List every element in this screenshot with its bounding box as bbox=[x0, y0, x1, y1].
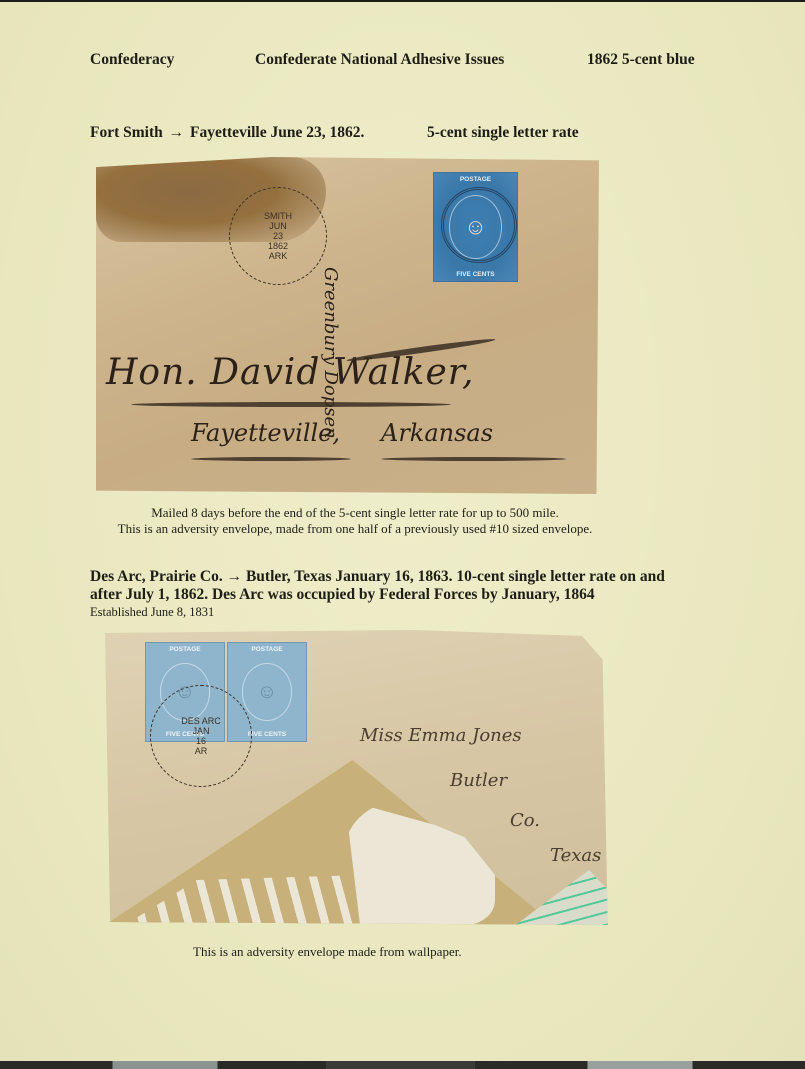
envelope-fort-smith: SMITH JUN 23 1862 ARK POSTAGE ☺ FIVE CEN… bbox=[96, 157, 599, 494]
item1-caption-line2: This is an adversity envelope, made from… bbox=[90, 521, 620, 537]
item2-title-line2: after July 1, 1862. Des Arc was occupied… bbox=[90, 586, 595, 604]
item1-destination-date: Fayetteville June 23, 1862. bbox=[190, 124, 364, 141]
address-line4: Texas bbox=[550, 845, 601, 866]
header-center-series: Confederate National Adhesive Issues bbox=[255, 51, 504, 69]
header-left-collection: Confederacy bbox=[90, 51, 174, 69]
postmark-month: JAN bbox=[192, 726, 209, 736]
envelope-des-arc-wallpaper: POSTAGE ☺ FIVE CENTS POSTAGE ☺ FIVE CENT… bbox=[105, 630, 618, 925]
postmark-year: 1862 bbox=[268, 241, 288, 251]
flourish-underline-city bbox=[191, 457, 351, 461]
stamp-bottom-label: FIVE CENTS bbox=[248, 731, 286, 738]
address-line1: Miss Emma Jones bbox=[360, 725, 522, 746]
item2-caption: This is an adversity envelope made from … bbox=[193, 944, 462, 960]
flourish-underline-state bbox=[381, 457, 566, 461]
exhibit-page: Confederacy Confederate National Adhesiv… bbox=[0, 2, 805, 1061]
item1-caption: Mailed 8 days before the end of the 5-ce… bbox=[90, 505, 620, 537]
header-right-issue: 1862 5-cent blue bbox=[587, 51, 695, 69]
item1-origin: Fort Smith bbox=[90, 124, 163, 141]
item1-route-title: Fort Smith → Fayetteville June 23, 1862. bbox=[90, 124, 364, 142]
arrow-right-icon: → bbox=[169, 124, 185, 142]
stamp-top-label: POSTAGE bbox=[460, 176, 491, 183]
item1-rate: 5-cent single letter rate bbox=[427, 124, 579, 142]
postmark-day: 16 bbox=[196, 736, 206, 746]
postmark-town: DES ARC bbox=[181, 716, 221, 726]
postmark-des-arc: DES ARC JAN 16 AR bbox=[150, 685, 252, 787]
stamp-top-label: POSTAGE bbox=[169, 646, 200, 653]
stamp-top-label: POSTAGE bbox=[251, 646, 282, 653]
jefferson-davis-portrait-icon: ☺ bbox=[242, 663, 292, 720]
item2-title-line1: Des Arc, Prairie Co. → Butler, Texas Jan… bbox=[90, 568, 665, 586]
address-state: Arkansas bbox=[381, 419, 493, 447]
postmark-day: 23 bbox=[273, 231, 283, 241]
address-line2: Butler bbox=[450, 770, 507, 791]
postmark-state: ARK bbox=[269, 251, 288, 261]
address-name: Hon. David Walker, bbox=[106, 352, 474, 393]
stamp-bottom-label: FIVE CENTS bbox=[456, 271, 494, 278]
flourish-underline bbox=[131, 402, 451, 407]
item2-subtitle: Established June 8, 1831 bbox=[90, 604, 214, 620]
postmark-month: JUN bbox=[269, 221, 287, 231]
item1-caption-line1: Mailed 8 days before the end of the 5-ce… bbox=[90, 505, 620, 521]
postmark-town: SMITH bbox=[264, 211, 292, 221]
postmark-fort-smith: SMITH JUN 23 1862 ARK bbox=[229, 187, 327, 285]
scanner-edge bbox=[0, 1061, 805, 1069]
cancel-ring bbox=[441, 187, 517, 263]
address-city: Fayetteville, bbox=[191, 419, 340, 447]
address-line3: Co. bbox=[510, 810, 540, 831]
postmark-state: AR bbox=[195, 746, 208, 756]
